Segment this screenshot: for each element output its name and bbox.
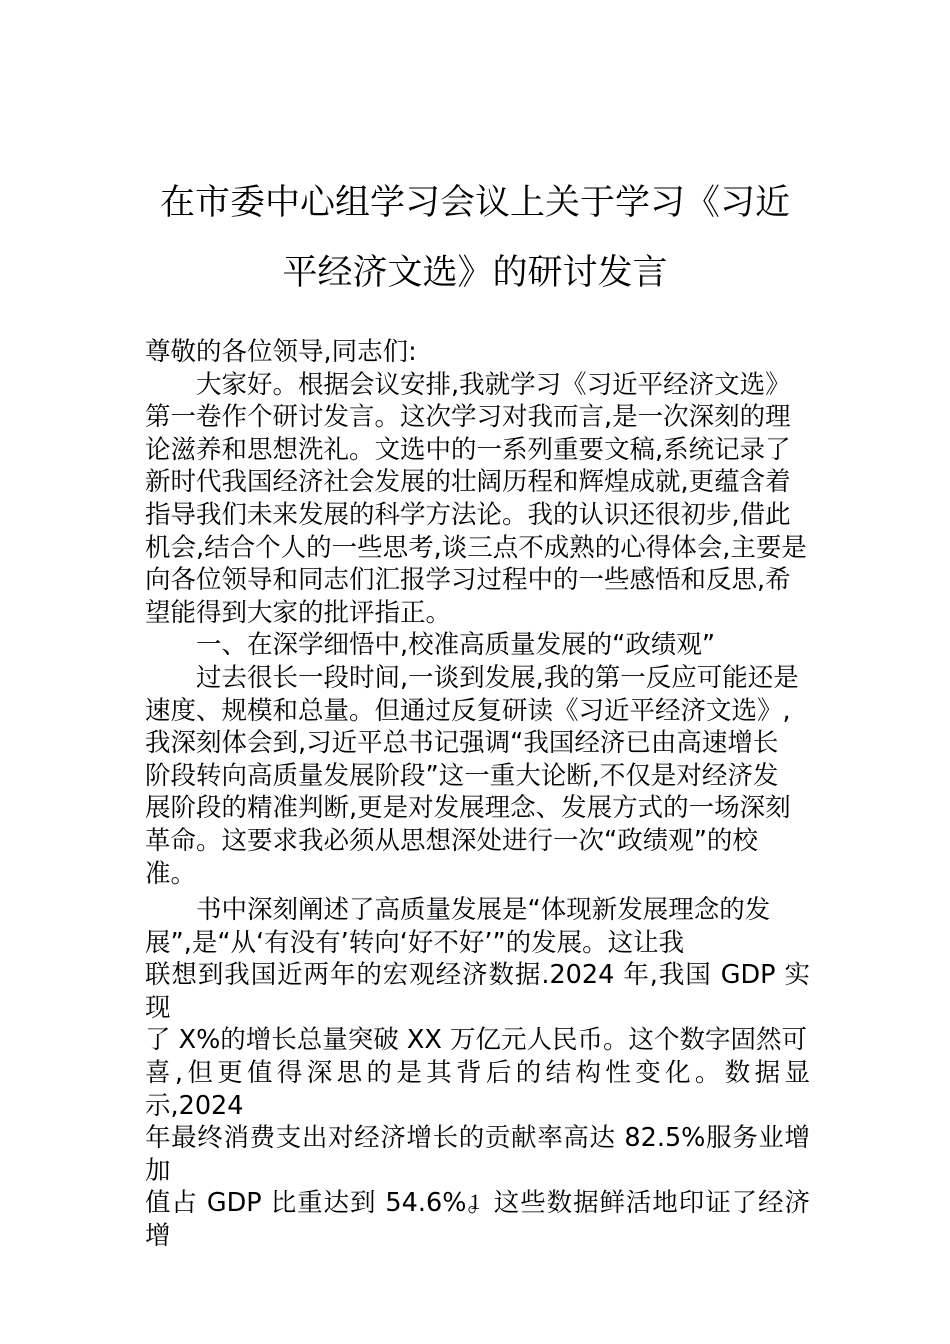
paragraph-line: 书中深刻阐述了高质量发展是“体现新发展理念的发 — [145, 894, 810, 927]
paragraph-line: 革命。这要求我必须从思想深处进行一次“政绩观”的校 — [145, 825, 810, 858]
paragraph-line: 展”,是“从‘有没有’转向‘好不好’”的发展。这让我 — [145, 927, 810, 960]
title-line-2: 平经济文选》的研讨发言 — [140, 238, 810, 308]
paragraph-line: 展阶段的精准判断,更是对发展理念、发展方式的一场深刻 — [145, 792, 810, 825]
document-page: 在市委中心组学习会议上关于学习《习近 平经济文选》的研讨发言 尊敬的各位领导,同… — [0, 0, 950, 1344]
paragraph-section-1-a: 过去很长一段时间,一谈到发展,我的第一反应可能还是 速度、规模和总量。但通过反复… — [145, 662, 810, 890]
document-title: 在市委中心组学习会议上关于学习《习近 平经济文选》的研讨发言 — [140, 168, 810, 308]
paragraph-line: 速度、规模和总量。但通过反复研读《习近平经济文选》, — [145, 695, 810, 728]
paragraph-line: 机会,结合个人的一些思考,谈三点不成熟的心得体会,主要是 — [145, 532, 810, 565]
paragraph-line: 阶段转向高质量发展阶段”这一重大论断,不仅是对经济发 — [145, 760, 810, 793]
paragraph-line: 指导我们未来发展的科学方法论。我的认识还很初步,借此 — [145, 499, 810, 532]
paragraph-line: 过去很长一段时间,一谈到发展,我的第一反应可能还是 — [145, 662, 810, 695]
paragraph-line: 年最终消费支出对经济增长的贡献率高达 82.5%服务业增加 — [145, 1122, 810, 1187]
salutation: 尊敬的各位领导,同志们: — [145, 336, 810, 369]
paragraph-line: 我深刻体会到,习近平总书记强调“我国经济已由高速增长 — [145, 727, 810, 760]
title-line-1: 在市委中心组学习会议上关于学习《习近 — [140, 168, 810, 238]
paragraph-line: 新时代我国经济社会发展的壮阔历程和辉煌成就,更蕴含着 — [145, 466, 810, 499]
document-body: 尊敬的各位领导,同志们: 大家好。根据会议安排,我就学习《习近平经济文选》 第一… — [145, 336, 810, 1253]
paragraph-line: 论滋养和思想洗礼。文选中的一系列重要文稿,系统记录了 — [145, 434, 810, 467]
paragraph-line: 向各位领导和同志们汇报学习过程中的一些感悟和反思,希 — [145, 564, 810, 597]
paragraph-intro: 大家好。根据会议安排,我就学习《习近平经济文选》 第一卷作个研讨发言。这次学习对… — [145, 369, 810, 630]
paragraph-line: 联想到我国近两年的宏观经济数据.2024 年,我国 GDP 实现 — [145, 959, 810, 1024]
paragraph-line: 望能得到大家的批评指正。 — [145, 597, 810, 630]
paragraph-line: 第一卷作个研讨发言。这次学习对我而言,是一次深刻的理 — [145, 401, 810, 434]
section-heading-1: 一、在深学细悟中,校准高质量发展的“政绩观” — [145, 629, 810, 662]
paragraph-line: 准。 — [145, 858, 810, 891]
paragraph-line: 了 X%的增长总量突破 XX 万亿元人民币。这个数字固然可 — [145, 1024, 810, 1057]
page-number: 1 — [0, 1188, 950, 1216]
paragraph-line: 大家好。根据会议安排,我就学习《习近平经济文选》 — [145, 369, 810, 402]
paragraph-line: 喜,但更值得深思的是其背后的结构性变化。数据显示,2024 — [145, 1057, 810, 1122]
